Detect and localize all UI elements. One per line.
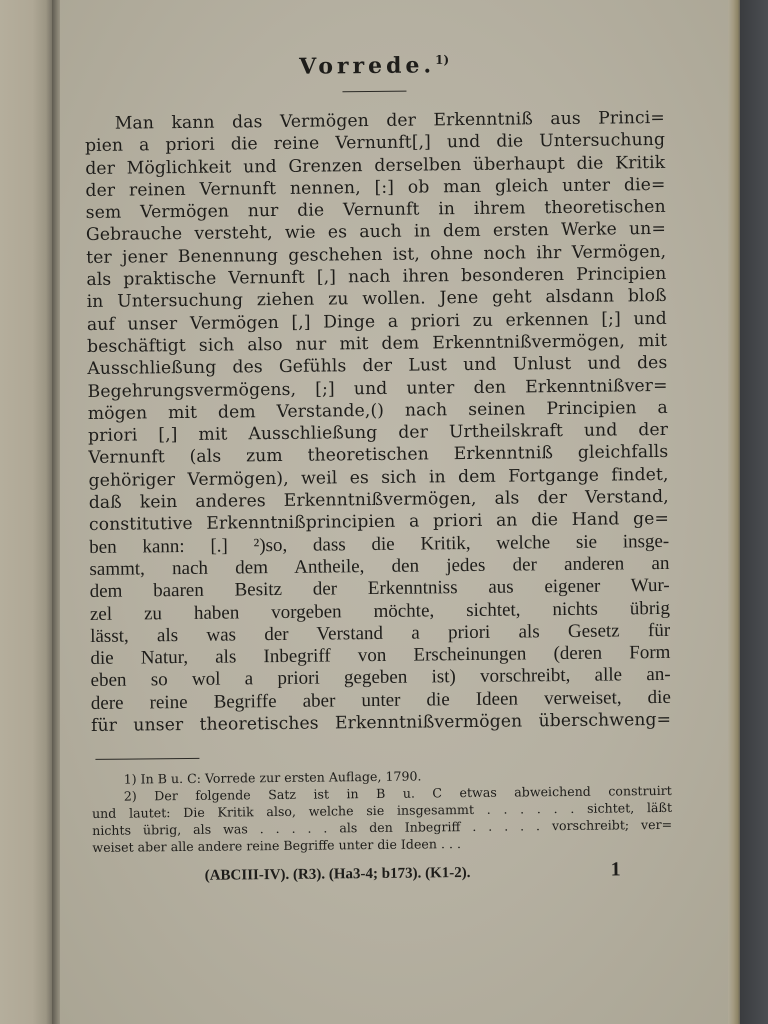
edition-signature: (ABCIII-IV). (R3). (Ha3-4; b173). (K1-2)… [205,865,471,885]
title-text: Vorrede. [299,52,435,79]
book-cover [740,0,768,1024]
page-title: Vorrede.1) [84,50,664,88]
title-rule [342,91,406,93]
left-page-edge [0,0,54,1024]
footnote-rule [95,758,199,760]
body-line: für unser theoretisches Erkenntnißvermög… [91,709,671,737]
page-text-block: Vorrede.1) Man kann das Vermögen der Erk… [84,42,673,887]
title-footnote-marker: 1) [435,53,449,67]
book-photo: Vorrede.1) Man kann das Vermögen der Erk… [0,0,768,1024]
footnotes: 1) In B u. C: Vorrede zur ersten Auflage… [92,766,673,856]
body-text: Man kann das Vermögen der Erkenntniß aus… [85,107,672,737]
page-number: 1 [611,858,673,882]
